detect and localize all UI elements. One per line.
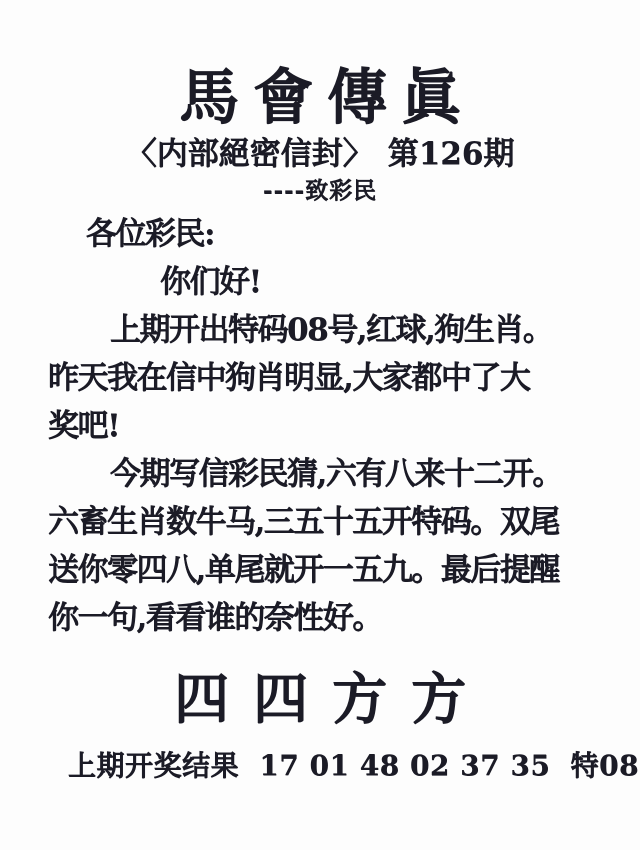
salutation-line: 各位彩民:: [48, 210, 593, 258]
dedication-line: ----致彩民: [0, 172, 640, 205]
issue-number-text: 第126期: [388, 128, 515, 173]
page-title: 馬會傳眞: [0, 50, 640, 136]
letter-body: 各位彩民: 你们好! 上期开出特码08号,红球,狗生肖。 昨天我在信中狗肖明显,…: [48, 210, 593, 642]
greeting-line: 你们好!: [48, 258, 593, 306]
issue-subtitle: 〈内部絕密信封〉 第126期: [0, 128, 640, 173]
signature-name: 四四方方: [0, 655, 640, 734]
previous-result-line: 上期开奖结果 17 01 48 02 37 35 特08: [68, 744, 639, 784]
paragraph1-line3: 奖吧!: [48, 402, 593, 450]
paragraph2-line3: 送你零四八,单尾就开一五九。最后提醒: [48, 546, 593, 594]
fax-letter-page: 馬會傳眞 〈内部絕密信封〉 第126期 ----致彩民 各位彩民: 你们好! 上…: [0, 0, 640, 850]
paragraph1-line2: 昨天我在信中狗肖明显,大家都中了大: [48, 354, 593, 402]
paragraph1-line1: 上期开出特码08号,红球,狗生肖。: [48, 306, 593, 354]
paragraph2-line4: 你一句,看看谁的奈性好。: [48, 594, 593, 642]
subtitle-bracket-text: 〈内部絕密信封〉: [126, 128, 374, 173]
previous-result-special: 特08: [571, 749, 639, 782]
previous-result-numbers: 17 01 48 02 37 35: [259, 749, 550, 782]
paragraph2-line1: 今期写信彩民猜,六有八来十二开。: [48, 450, 593, 498]
paragraph2-line2: 六畜生肖数牛马,三五十五开特码。双尾: [48, 498, 593, 546]
previous-result-label: 上期开奖结果: [68, 749, 239, 782]
